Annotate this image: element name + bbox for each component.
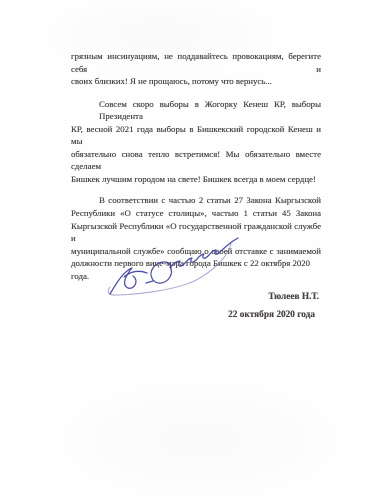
text-line: грязным инсинуациям, не поддавайтесь про… xyxy=(71,50,321,75)
paragraph: Совсем скоро выборы в Жогорку Кенеш КР, … xyxy=(71,98,321,186)
letter-text-block: грязным инсинуациям, не поддавайтесь про… xyxy=(71,50,321,321)
text-line: Совсем скоро выборы в Жогорку Кенеш КР, … xyxy=(71,98,321,123)
text-line: должности первого вице-мэра города Бишке… xyxy=(71,257,321,282)
text-line: В соответствии с частью 2 статьи 27 Зако… xyxy=(71,194,321,207)
signoff-name: Тюлеев Н.Т. xyxy=(71,291,321,304)
text-line: муниципальной службе» сообщаю о своей от… xyxy=(71,245,321,258)
text-line: Бишкек лучшим городом на свете! Бишкек в… xyxy=(71,173,321,186)
text-line: КР, весной 2021 года выборы в Бишкекский… xyxy=(71,123,321,148)
text-line: своих близких! Я не прощаюсь, потому что… xyxy=(71,75,321,88)
paragraph: В соответствии с частью 2 статьи 27 Зако… xyxy=(71,194,321,282)
text-line: Республики «О статусе столицы», частью 1… xyxy=(71,207,321,220)
scanned-letter-page: грязным инсинуациям, не поддавайтесь про… xyxy=(0,0,387,500)
paragraph: грязным инсинуациям, не поддавайтесь про… xyxy=(71,50,321,88)
letter-body: грязным инсинуациям, не поддавайтесь про… xyxy=(71,50,321,282)
text-line: Кыргызской Республики «О государственной… xyxy=(71,220,321,245)
signoff-date: 22 октября 2020 года xyxy=(71,309,321,322)
signoff-block: Тюлеев Н.Т. 22 октября 2020 года xyxy=(71,291,321,321)
text-line: обязательно снова тепло встретимся! Мы о… xyxy=(71,148,321,173)
